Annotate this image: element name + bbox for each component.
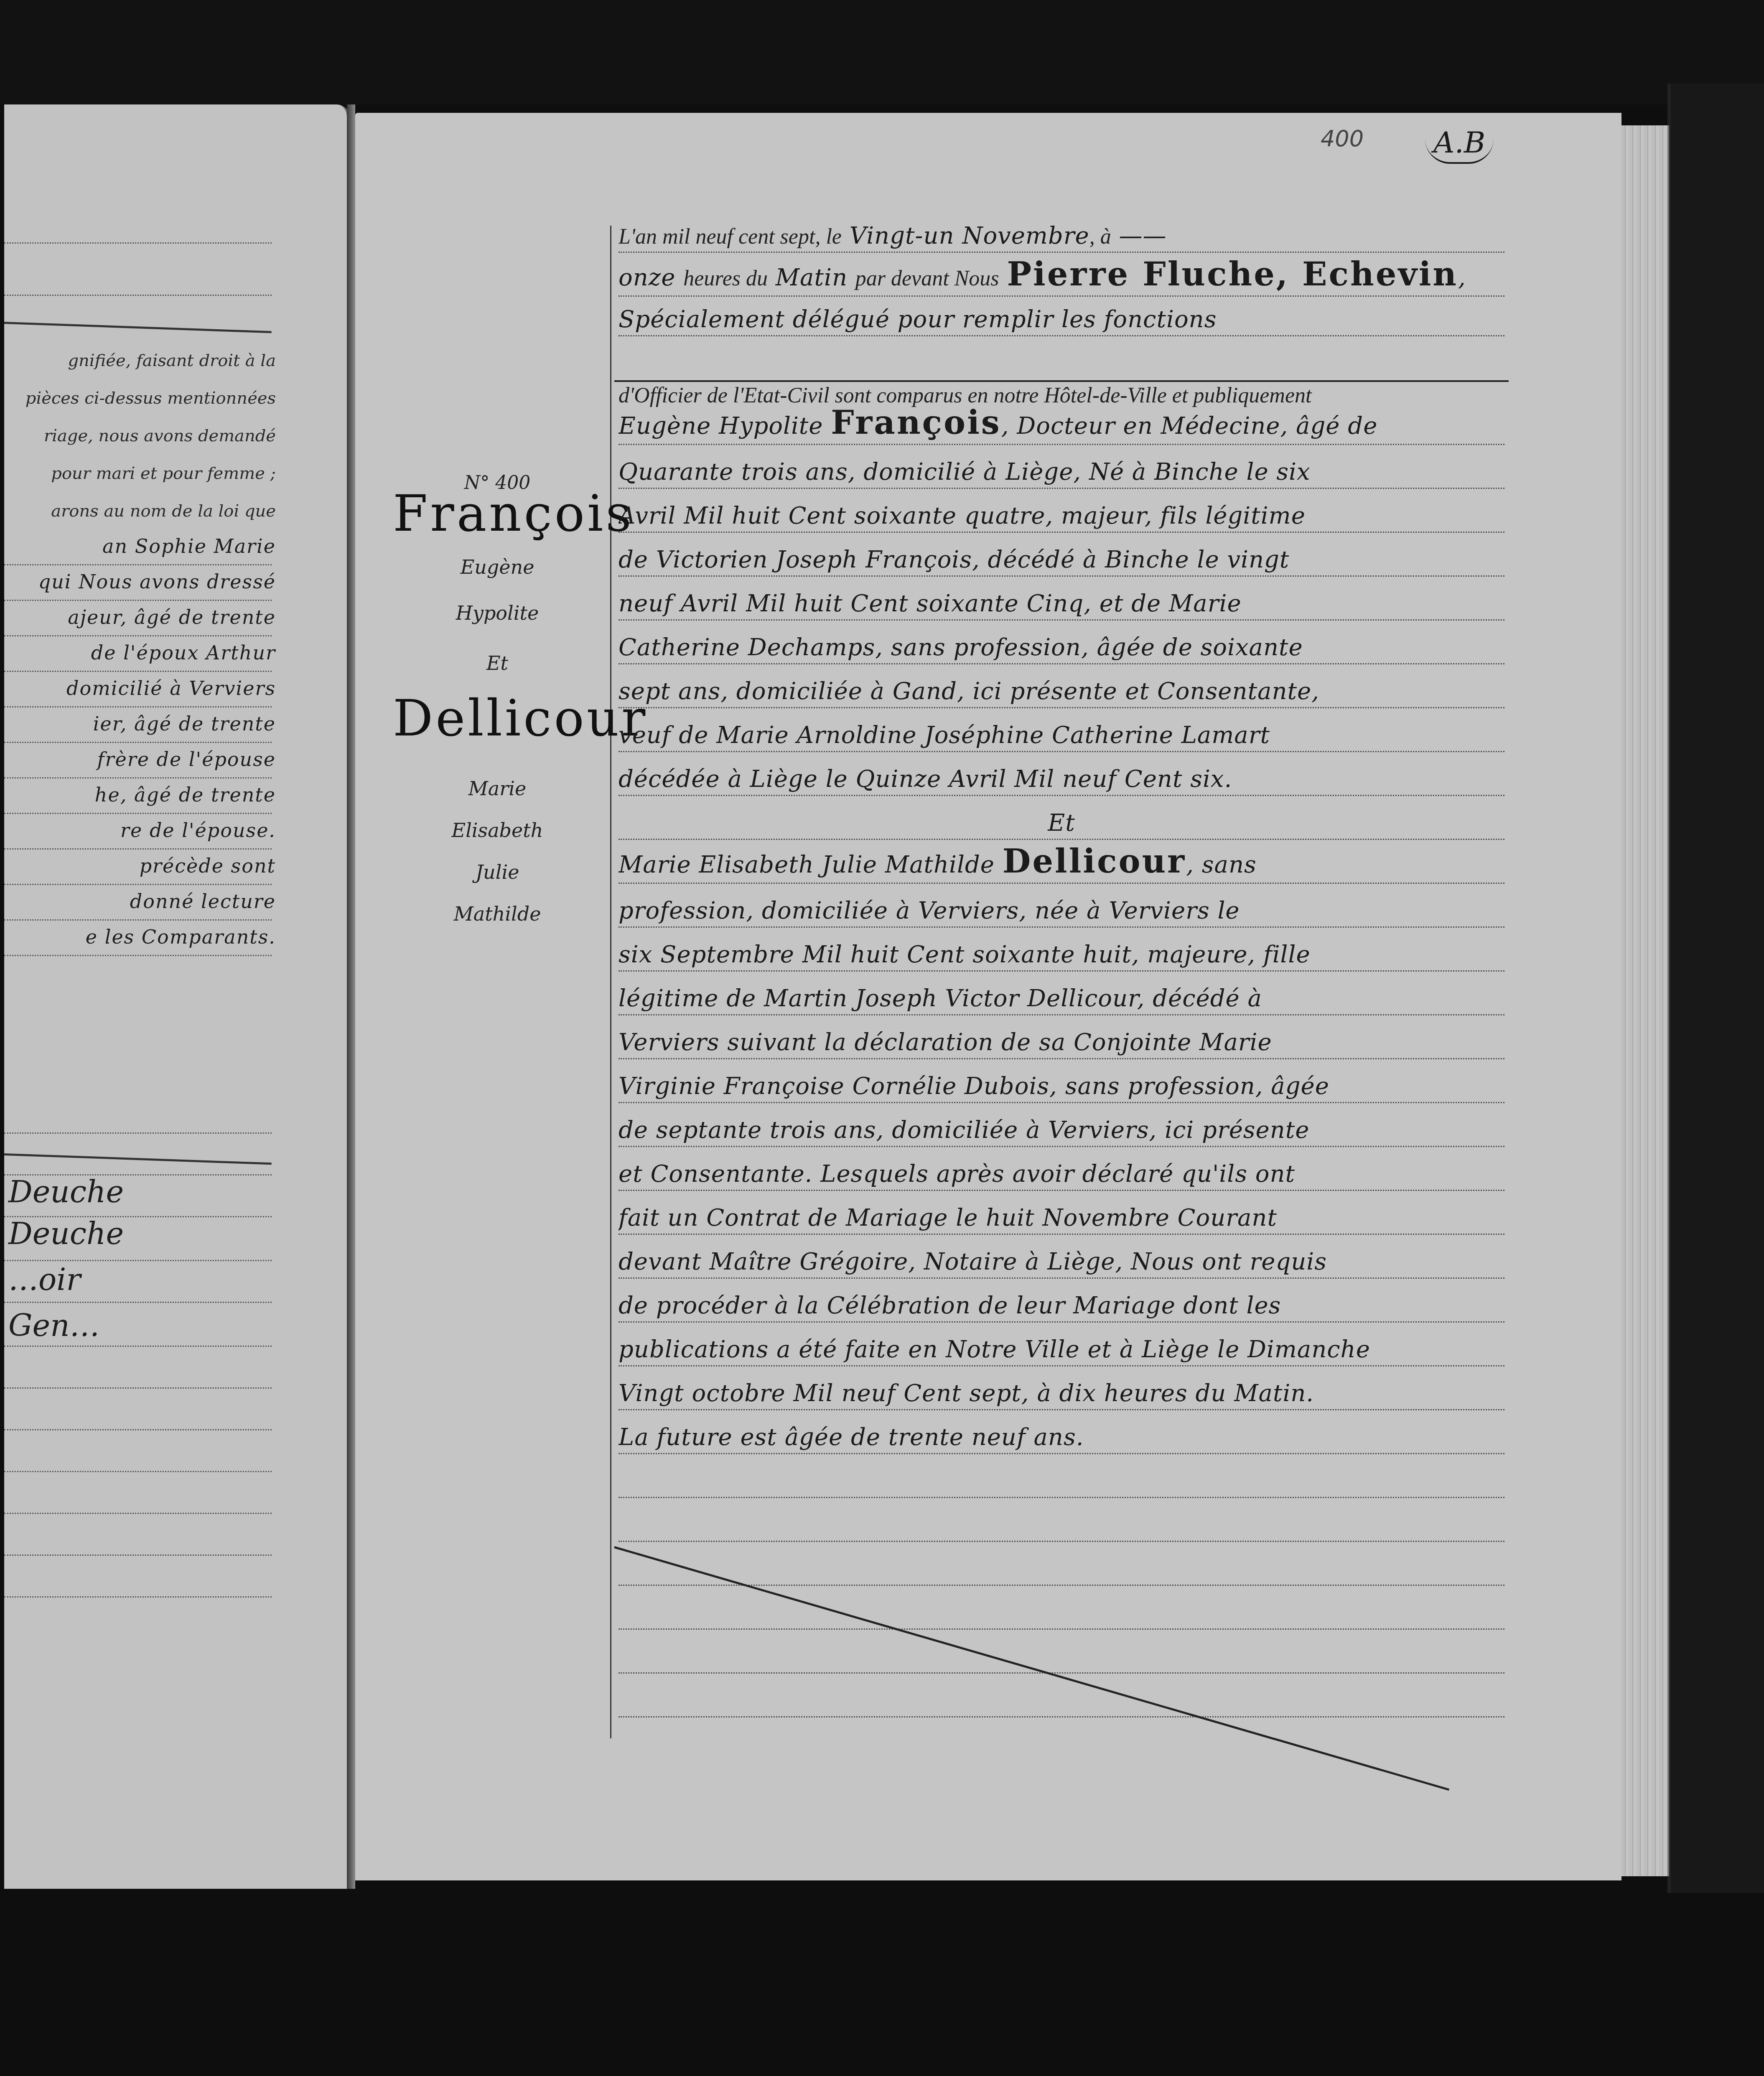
dotted-line <box>4 1387 272 1389</box>
bride-given-4: Mathilde <box>393 903 602 925</box>
clerk-initials: A.B <box>1425 125 1494 164</box>
body-line-14: légitime de Martin Joseph Victor Dellico… <box>619 972 1504 1015</box>
dotted-line <box>4 635 272 636</box>
page-edges <box>1621 125 1669 1876</box>
body-line-et: Et <box>619 796 1504 840</box>
groom-given-1: Eugène <box>393 556 602 578</box>
dotted-line <box>4 242 272 244</box>
book-gutter <box>347 104 355 1889</box>
book-cover-top <box>0 0 1764 104</box>
left-printed-text: riage, nous avons demandé <box>4 426 276 445</box>
dotted-line <box>4 1513 272 1514</box>
body-line-13: six Septembre Mil huit Cent soixante hui… <box>619 928 1504 972</box>
body-line-3: Avril Mil huit Cent soixante quatre, maj… <box>619 489 1504 533</box>
dotted-line <box>4 564 272 565</box>
dotted-line <box>4 1596 272 1598</box>
officer-name: Pierre Fluche, Echevin <box>1007 255 1458 293</box>
dotted-line <box>4 706 272 707</box>
left-handwritten-text: re de l'épouse. <box>4 819 276 842</box>
body-line-23: Vingt octobre Mil neuf Cent sept, à dix … <box>619 1366 1504 1410</box>
act-header-line-2: onze heures du Matin par devant Nous Pie… <box>619 253 1504 297</box>
groom-surname: François <box>393 485 602 543</box>
dotted-line <box>4 1471 272 1472</box>
act-header-line-1: L'an mil neuf cent sept, le Vingt-un Nov… <box>619 209 1504 253</box>
body-line-16: Virginie Françoise Cornélie Dubois, sans… <box>619 1059 1504 1103</box>
left-handwritten-text: domicilié à Verviers <box>4 677 276 700</box>
left-handwritten-text: de l'époux Arthur <box>4 641 276 664</box>
signature: Gen… <box>8 1308 100 1343</box>
groom-given-2: Hypolite <box>393 602 602 624</box>
dotted-line <box>4 671 272 672</box>
groom-surname-body: François <box>831 404 1001 442</box>
dotted-line <box>4 919 272 921</box>
dotted-line <box>4 813 272 814</box>
body-line-5: neuf Avril Mil huit Cent soixante Cinq, … <box>619 577 1504 621</box>
blank-line <box>619 1586 1504 1630</box>
dotted-line <box>4 848 272 850</box>
bride-surname-text: Dellicour <box>393 689 648 748</box>
body-line-9: décédée à Liège le Quinze Avril Mil neuf… <box>619 752 1504 796</box>
signature: …oir <box>8 1262 81 1297</box>
left-printed-text: pour mari et pour femme ; <box>4 464 276 483</box>
blank-line <box>619 1542 1504 1586</box>
body-line-21: de procéder à la Célébration de leur Mar… <box>619 1279 1504 1323</box>
signature: Deuche <box>8 1216 124 1251</box>
left-handwritten-text: frère de l'épouse <box>4 748 276 771</box>
left-printed-text: gnifiée, faisant droit à la <box>4 351 276 370</box>
body-line-6: Catherine Dechamps, sans profession, âgé… <box>619 621 1504 664</box>
left-page: gnifiée, faisant droit à la pièces ci-de… <box>4 104 349 1889</box>
dotted-line <box>4 295 272 296</box>
left-handwritten-text: qui Nous avons dressé <box>4 570 276 593</box>
left-printed-text: arons au nom de la loi que <box>4 501 276 521</box>
body-line-2: Quarante trois ans, domicilié à Liège, N… <box>619 445 1504 489</box>
blank-line <box>619 1674 1504 1717</box>
body-line-11: Marie Elisabeth Julie Mathilde Dellicour… <box>619 840 1504 884</box>
body-line-24: La future est âgée de trente neuf ans. <box>619 1410 1504 1454</box>
closing-rule <box>4 322 272 333</box>
margin-rule <box>610 226 611 1738</box>
left-printed-text: pièces ci-dessus mentionnées <box>4 389 276 408</box>
dotted-line <box>4 1429 272 1430</box>
act-header-line-3: Spécialement délégué pour remplir les fo… <box>619 293 1504 336</box>
signature: Deuche <box>8 1174 124 1209</box>
closing-rule <box>4 1153 272 1165</box>
dotted-line <box>4 1132 272 1134</box>
blank-line <box>619 1498 1504 1542</box>
bride-surname-body: Dellicour <box>1003 842 1186 880</box>
left-handwritten-text: donné lecture <box>4 890 276 913</box>
body-line-17: de septante trois ans, domiciliée à Verv… <box>619 1103 1504 1147</box>
bride-given-1: Marie <box>393 777 602 800</box>
body-line-22: publications a été faite en Notre Ville … <box>619 1323 1504 1366</box>
blank-line <box>619 1630 1504 1674</box>
dotted-line <box>4 955 272 956</box>
body-line-4: de Victorien Joseph François, décédé à B… <box>619 533 1504 577</box>
conjunction: Et <box>393 652 602 674</box>
left-handwritten-text: ier, âgé de trente <box>4 712 276 735</box>
dotted-line <box>4 1554 272 1556</box>
body-line-8: veuf de Marie Arnoldine Joséphine Cather… <box>619 708 1504 752</box>
body-line-12: profession, domiciliée à Verviers, née à… <box>619 884 1504 928</box>
bride-surname: Dellicour <box>393 689 602 748</box>
body-line-20: devant Maître Grégoire, Notaire à Liège,… <box>619 1235 1504 1279</box>
body-line-15: Verviers suivant la déclaration de sa Co… <box>619 1015 1504 1059</box>
body-line-19: fait un Contrat de Mariage le huit Novem… <box>619 1191 1504 1235</box>
dotted-line <box>4 884 272 885</box>
body-line-7: sept ans, domiciliée à Gand, ici présent… <box>619 664 1504 708</box>
folio-number: 400 <box>1321 125 1364 152</box>
dotted-line <box>4 1302 272 1303</box>
dotted-line <box>4 1260 272 1261</box>
groom-surname-text: François <box>393 485 634 543</box>
body-line-1: Eugène Hypolite François, Docteur en Méd… <box>619 401 1504 445</box>
body-line-18: et Consentante. Lesquels après avoir déc… <box>619 1147 1504 1191</box>
left-handwritten-text: précède sont <box>4 855 276 877</box>
dotted-line <box>4 742 272 743</box>
blank-line <box>619 1454 1504 1498</box>
left-handwritten-text: ajeur, âgé de trente <box>4 606 276 628</box>
left-handwritten-text: an Sophie Marie <box>4 535 276 557</box>
bride-given-2: Elisabeth <box>393 819 602 842</box>
dotted-line <box>4 777 272 778</box>
book-cover-right <box>1667 84 1764 1893</box>
left-handwritten-text: he, âgé de trente <box>4 784 276 806</box>
dotted-line <box>4 1346 272 1347</box>
dotted-line <box>4 600 272 601</box>
bride-given-3: Julie <box>393 861 602 883</box>
left-handwritten-text: e les Comparants. <box>4 926 276 948</box>
